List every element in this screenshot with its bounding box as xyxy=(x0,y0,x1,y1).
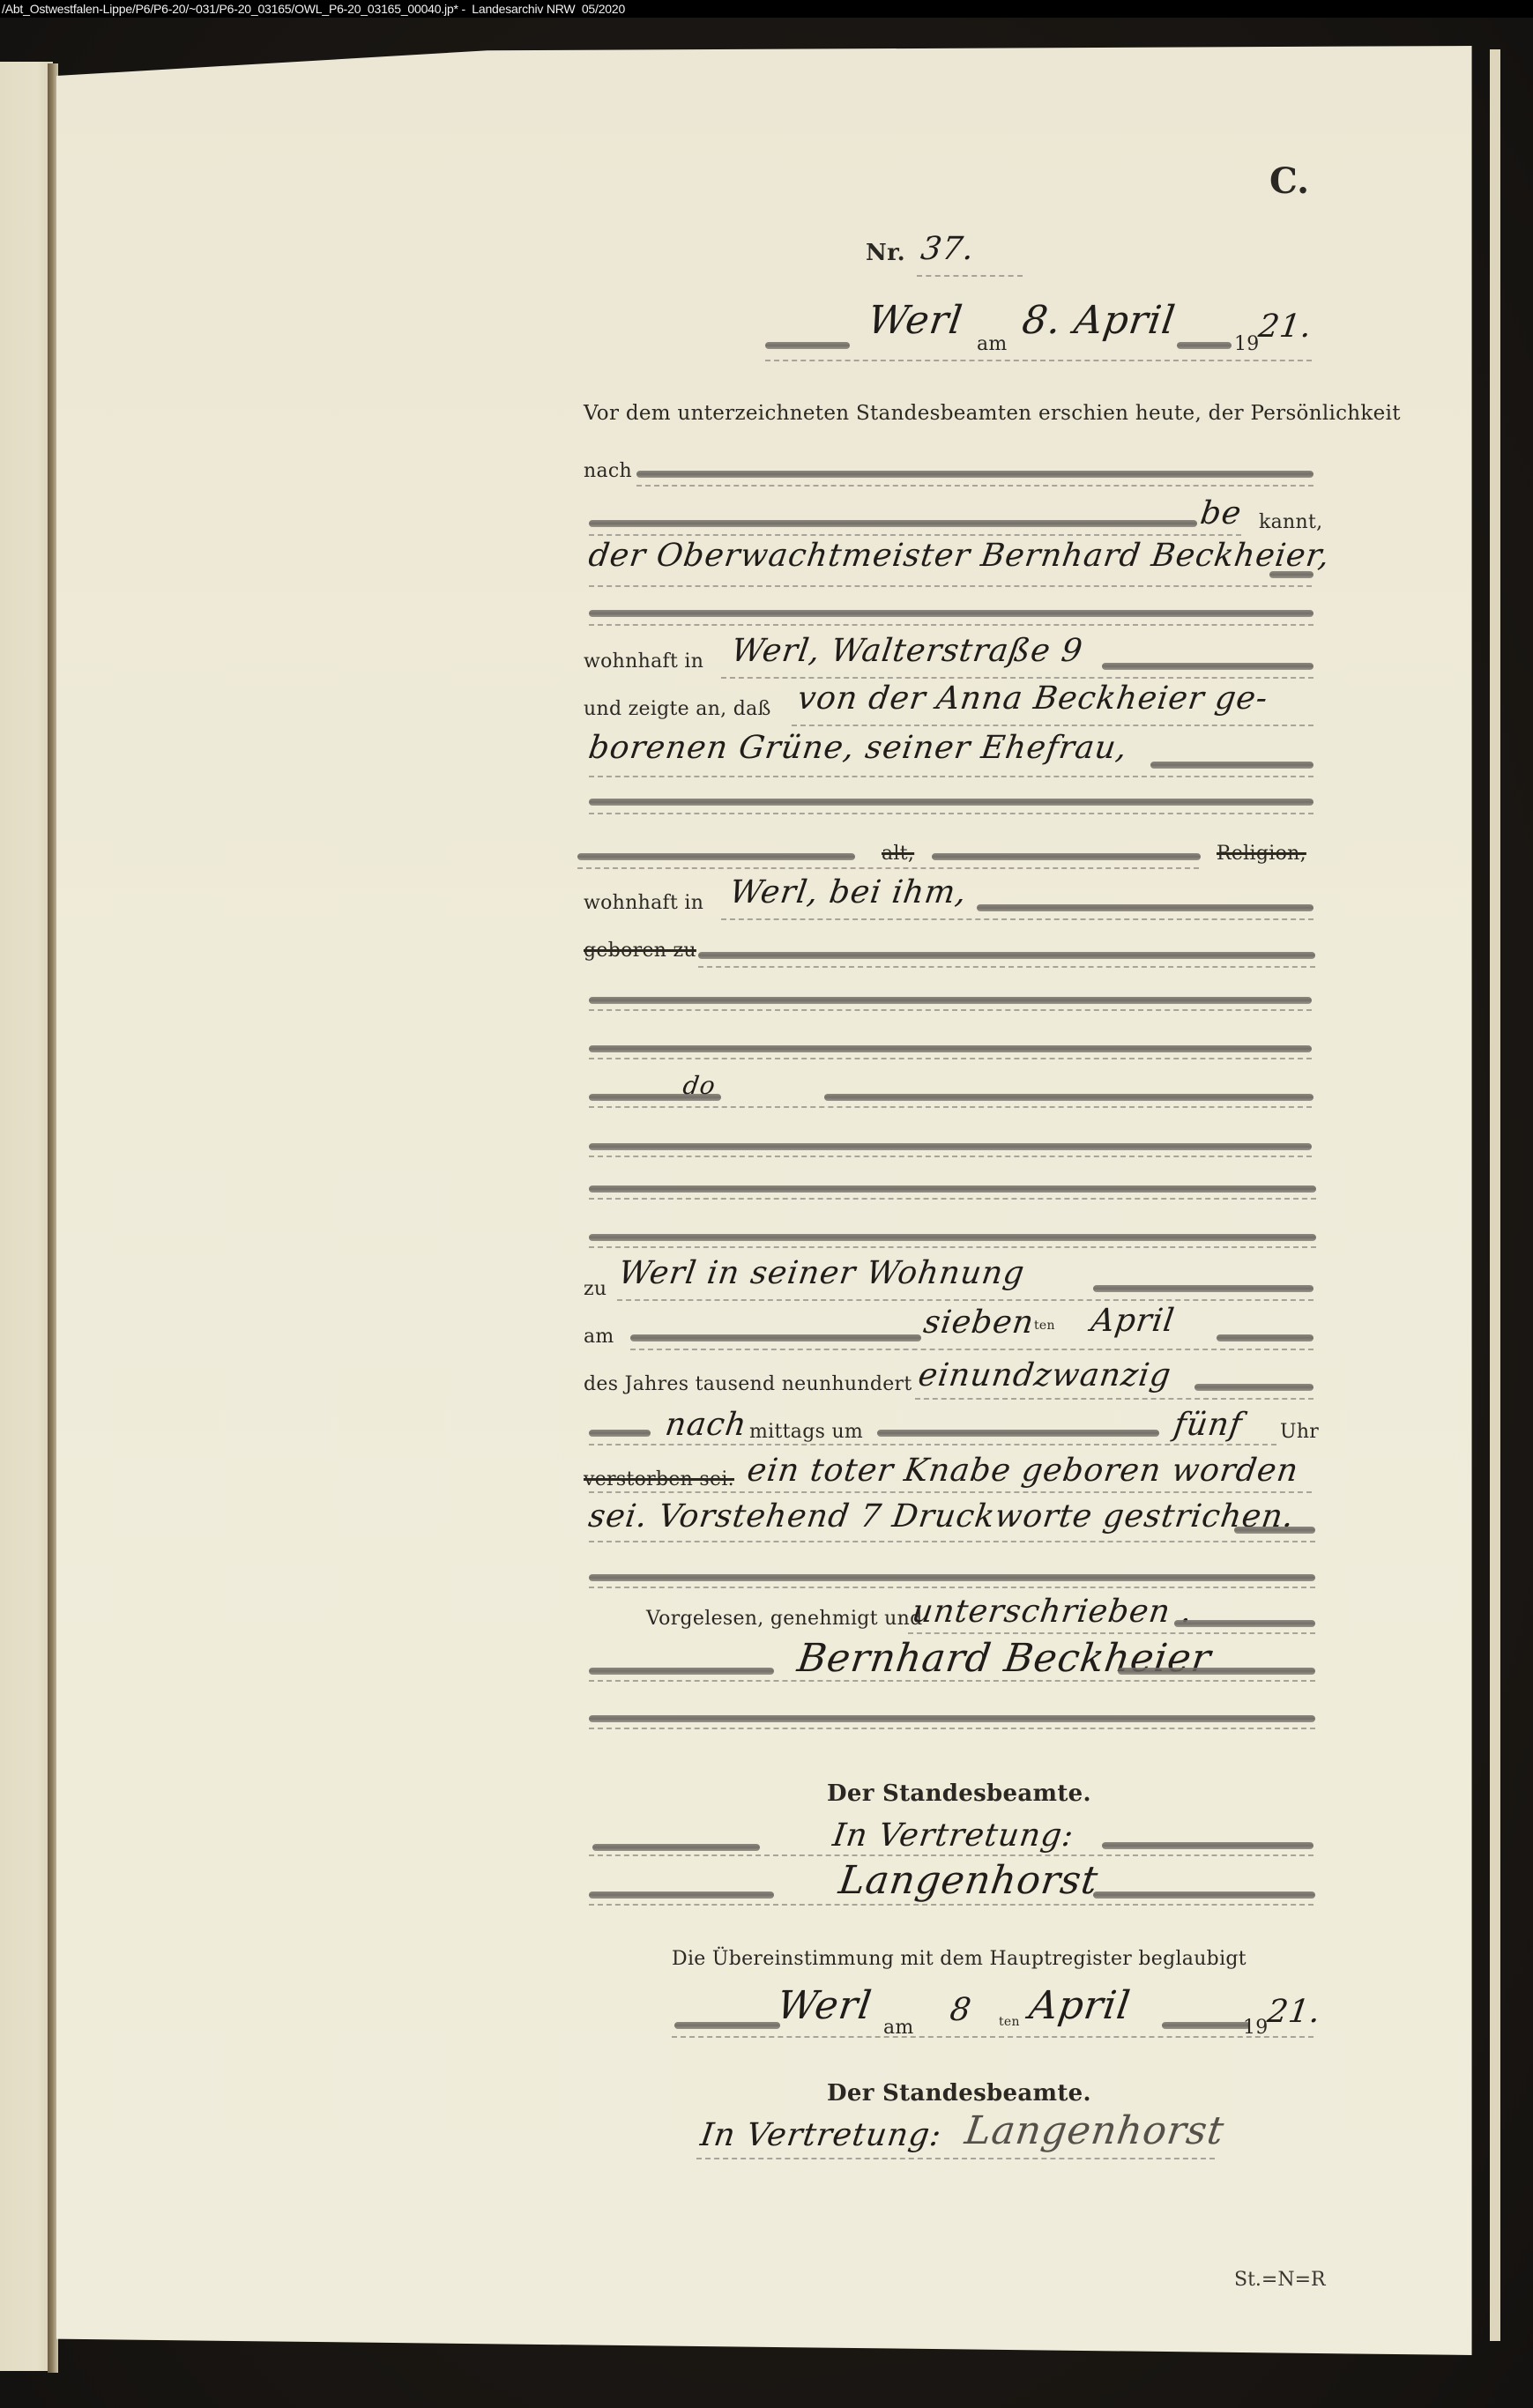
birth-year-words: einundzwanzig xyxy=(916,1357,1173,1394)
filler-rule xyxy=(589,1891,774,1899)
filler-rule xyxy=(877,1430,1159,1437)
place-of-record: Werl xyxy=(865,298,965,343)
filler-rule xyxy=(1093,1891,1315,1899)
record-date: 8. April xyxy=(1019,298,1178,343)
dotted-line xyxy=(589,1106,1312,1108)
vorgelesen-handwritten: unterschrieben . xyxy=(910,1594,1194,1630)
vorgelesen-label: Vorgelesen, genehmigt und xyxy=(646,1608,922,1630)
birth-hour: fünf xyxy=(1172,1407,1245,1443)
zeigte-an-label: und zeigte an, daß xyxy=(584,698,771,720)
intro-text: Vor dem unterzeichneten Standesbeamten e… xyxy=(584,402,1401,425)
filler-rule xyxy=(589,1574,1315,1581)
ditto-mark: do xyxy=(681,1071,718,1100)
mother-line-2: borenen Grüne, seiner Ehefrau, xyxy=(586,730,1129,766)
filler-rule xyxy=(589,799,1313,806)
dotted-line xyxy=(589,1904,1313,1906)
dotted-line xyxy=(589,1009,1312,1011)
dotted-line xyxy=(698,966,1315,968)
dotted-line xyxy=(589,1198,1316,1200)
filler-rule xyxy=(589,1234,1316,1241)
dotted-line xyxy=(917,275,1023,277)
uhr-label: Uhr xyxy=(1280,1421,1319,1443)
filler-rule xyxy=(1194,1384,1313,1391)
dotted-line xyxy=(589,1587,1315,1588)
filler-rule xyxy=(1174,1620,1315,1627)
filler-rule xyxy=(1177,342,1232,349)
mother-line-1: von der Anna Beckheier ge- xyxy=(795,680,1270,717)
cert-year-suffix: 21. xyxy=(1265,1994,1323,2030)
mittags-um-label: mittags um xyxy=(749,1421,863,1443)
form-type-mark: C. xyxy=(1269,160,1309,202)
record-number: 37. xyxy=(919,231,977,267)
verstorben-label-struck: verstorben sei. xyxy=(584,1468,734,1490)
dotted-line xyxy=(915,1398,1313,1400)
cert-ten-suffix: ten xyxy=(999,2015,1020,2029)
filler-rule xyxy=(592,1844,760,1851)
bekannt-handwritten: be xyxy=(1198,495,1244,531)
dotted-line xyxy=(617,1299,1313,1301)
filler-rule xyxy=(1269,571,1313,578)
religion-label-struck: Religion, xyxy=(1217,843,1306,865)
filler-rule xyxy=(589,1668,774,1675)
filler-rule xyxy=(1150,762,1313,769)
nachmittag-handwritten: nach xyxy=(663,1407,749,1443)
registrar-heading-2: Der Standesbeamte. xyxy=(827,2080,1091,2107)
am-label-2: am xyxy=(584,1326,614,1348)
am-label: am xyxy=(977,333,1008,355)
certification-text: Die Übereinstimmung mit dem Hauptregiste… xyxy=(672,1948,1246,1970)
filler-rule xyxy=(1093,1285,1313,1292)
dotted-line xyxy=(721,677,1313,679)
filler-rule xyxy=(698,952,1315,959)
vertretung-text: In Vertretung: xyxy=(830,1817,1076,1854)
declarant-name: der Oberwachtmeister Bernhard Beckheier, xyxy=(586,538,1332,574)
dotted-line xyxy=(589,813,1313,814)
dotted-line xyxy=(672,2036,1313,2038)
geboren-zu-label-struck: geboren zu xyxy=(584,940,696,962)
number-label: Nr. xyxy=(866,240,905,266)
wohnhaft-label-2: wohnhaft in xyxy=(584,892,703,914)
mother-residence: Werl, bei ihm, xyxy=(727,874,969,910)
filler-rule xyxy=(932,853,1201,860)
filler-rule xyxy=(589,1430,651,1437)
certification-day: 8 xyxy=(948,1992,974,2028)
filler-rule xyxy=(589,520,1197,527)
filler-rule xyxy=(1118,1668,1315,1675)
filler-rule xyxy=(589,1715,1315,1722)
year-suffix: 21. xyxy=(1256,308,1314,345)
ten-suffix: ten xyxy=(1034,1319,1055,1333)
birth-register-form: C. Nr. 37. Werl am 8. April 19 21. Vor d… xyxy=(0,0,1533,2408)
certification-month: April xyxy=(1026,1983,1133,2028)
filler-rule xyxy=(824,1094,1313,1101)
dotted-line xyxy=(630,1349,1313,1350)
filler-rule xyxy=(589,1143,1312,1150)
filler-rule xyxy=(577,853,855,860)
dotted-line xyxy=(589,585,1312,587)
birth-place: Werl in seiner Wohnung xyxy=(616,1255,1027,1291)
dotted-line xyxy=(589,1541,1315,1542)
filler-rule xyxy=(630,1334,921,1341)
birth-day: sieben xyxy=(921,1304,1037,1341)
dotted-line xyxy=(589,1156,1312,1157)
dotted-line xyxy=(589,1246,1316,1248)
dotted-line xyxy=(589,1058,1312,1059)
event-line-2: sei. Vorstehend 7 Druckworte gestrichen. xyxy=(586,1498,1297,1535)
event-line-1: ein toter Knabe geboren worden xyxy=(745,1453,1301,1489)
dotted-line xyxy=(589,1444,1276,1446)
dotted-line xyxy=(589,1728,1315,1729)
declarant-residence: Werl, Walterstraße 9 xyxy=(729,633,1085,669)
filler-rule xyxy=(589,1185,1316,1193)
bekannt-label: kannt, xyxy=(1259,511,1322,533)
dotted-line xyxy=(589,534,1241,536)
zu-label: zu xyxy=(584,1278,607,1300)
registrar-heading: Der Standesbeamte. xyxy=(827,1780,1091,1807)
dotted-line xyxy=(589,776,1313,777)
dotted-line xyxy=(696,2158,1215,2159)
form-code: St.=N=R xyxy=(1234,2269,1326,2291)
dotted-line xyxy=(577,867,1199,869)
jahres-label: des Jahres tausend neunhundert xyxy=(584,1373,912,1395)
filler-rule xyxy=(1234,1527,1315,1534)
dotted-line xyxy=(589,624,1313,626)
dotted-line xyxy=(721,918,1313,920)
filler-rule xyxy=(1217,1334,1313,1341)
filler-rule xyxy=(765,342,850,349)
dotted-line xyxy=(589,1854,1313,1856)
filler-rule xyxy=(589,997,1312,1004)
alt-label-struck: alt, xyxy=(882,843,914,865)
filler-rule xyxy=(1102,663,1313,670)
filler-rule xyxy=(589,1045,1312,1052)
dotted-line xyxy=(792,725,1313,726)
dotted-line xyxy=(908,1632,1315,1634)
registrar-signature: Langenhorst xyxy=(836,1858,1101,1903)
filler-rule xyxy=(674,2022,780,2029)
dotted-line xyxy=(589,1491,1312,1493)
filler-rule xyxy=(636,471,1313,478)
wohnhaft-label: wohnhaft in xyxy=(584,650,703,673)
dotted-line xyxy=(636,485,1313,487)
birth-month: April xyxy=(1089,1303,1177,1339)
filler-rule xyxy=(589,610,1313,617)
filler-rule xyxy=(1162,2022,1250,2029)
certification-place: Werl xyxy=(774,1983,874,2028)
dotted-line xyxy=(589,1680,1315,1682)
vertretung-text-2: In Vertretung: xyxy=(698,2117,944,2153)
filler-rule xyxy=(977,904,1313,911)
registrar-signature-2: Langenhorst xyxy=(962,2108,1227,2153)
dotted-line xyxy=(765,360,1312,361)
nach-label: nach xyxy=(584,460,632,482)
filler-rule xyxy=(1102,1842,1313,1849)
